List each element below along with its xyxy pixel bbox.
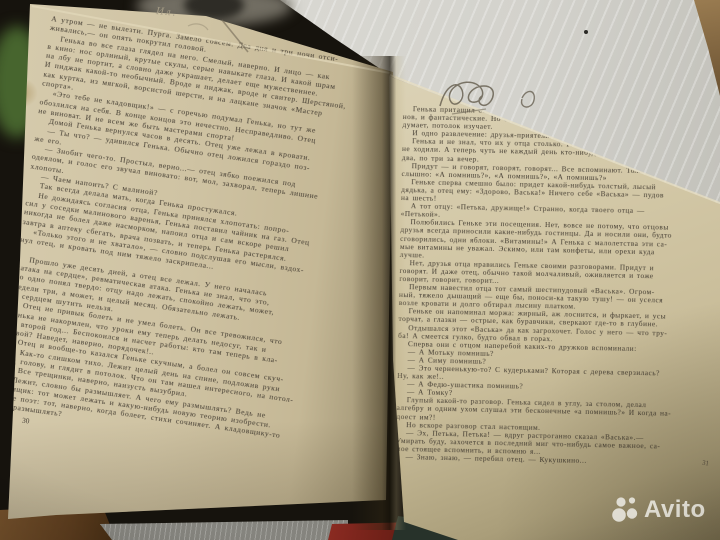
- text-line: Домой Генька вернулся часов в десять. От…: [36, 115, 406, 176]
- text-line: Сперва они с отцом наперебой каких-то др…: [398, 339, 708, 354]
- text-line: Так всегда делала мать, когда Генька про…: [27, 180, 397, 241]
- text-line: Геньке он напоминал моржа: жирный, аж ло…: [399, 306, 709, 321]
- text-line: Ну, как же!..: [397, 371, 707, 386]
- text-line: — Ты что? — удивился Генька. Обычно отец…: [35, 124, 405, 185]
- avito-watermark: Avito: [612, 496, 706, 524]
- text-line: Отец и вообще-то казался Геньке скучным,…: [5, 336, 375, 397]
- pencil-handwriting: Ил.: [156, 5, 178, 19]
- text-line: А тот отцу: «Петька, дружище!» Странно, …: [401, 201, 711, 216]
- text-line: И не поэт: тот, наверно, когда болеет, с…: [0, 391, 367, 452]
- text-line: хлопоты.: [30, 161, 400, 222]
- right-page-number: 31: [701, 458, 709, 467]
- text-line: — Знобит чего-то. Простыл, верно...— оте…: [33, 143, 403, 204]
- text-line: мое стоящее вспомнить, и вспомню я...: [396, 444, 706, 459]
- text-line: [18, 244, 388, 305]
- text-line: торчат, а глазки — острые, как буравчики…: [398, 314, 708, 329]
- text-line: довой? Наведет, наверно, порядочек!..: [7, 327, 377, 388]
- watermark-label: Avito: [644, 496, 706, 524]
- text-line: Полюбились Геньке эти посещения. Нет, во…: [400, 217, 710, 232]
- text-line: — Эх, Петька, Петька! — вдруг растроганн…: [396, 428, 706, 443]
- text-line: говорит, говорит, говорит...: [399, 274, 709, 289]
- text-line: «Петькой».: [401, 209, 711, 224]
- text-line: Первым навестил отца тот самый шестипудо…: [399, 282, 709, 297]
- text-line: — А Мотьку помнишь?: [398, 347, 708, 362]
- left-page-number: 30: [21, 416, 30, 426]
- text-line: «Только этого и не хватало», — словно по…: [21, 226, 391, 287]
- text-line: одеялом, и голос его звучал виновато: во…: [31, 152, 401, 213]
- text-line: — Знаю, знаю, — перебил отец. — Кукушкин…: [396, 452, 706, 467]
- text-line: ке? Все трещинки, наверно, наизусть вызу…: [2, 364, 372, 425]
- text-line: Не дожидаясь согласия отца, Генька приня…: [26, 189, 396, 250]
- text-line: — Чаем напоить? С малиной?: [29, 171, 399, 232]
- text-line: Нет, друзья отца нравились Геньке своими…: [400, 258, 710, 273]
- text-line: мые витамины не уважал. Эскимо, или там …: [400, 242, 710, 257]
- pencil-scribble: [424, 74, 594, 122]
- text-line: атомщик: тот может лежать и какую-нибудь…: [0, 382, 369, 443]
- text-line: Но вскоре разговор стал настоящим.: [396, 420, 706, 435]
- text-line: Отдышался этот «Васька» да как загрохоче…: [398, 322, 708, 337]
- text-line: но одно понял твердо: отцу надо лежать, …: [14, 272, 384, 333]
- text-line: дядька, а отец ему: «Здорово, Васька!» Н…: [401, 185, 711, 200]
- text-line: говорят. И даже отец, обычно такой молча…: [399, 266, 709, 281]
- text-line: что размышлять?: [0, 401, 366, 462]
- text-line: на шесть!: [401, 193, 711, 208]
- text-line: Глупый какой-то разговор. Генька сидел в…: [397, 395, 707, 410]
- text-line: завтра в аптеку сбегать, врача позвать, …: [22, 217, 392, 278]
- text-line: доест им?!: [396, 411, 706, 426]
- text-line: Умирать буду, захочется в последний миг …: [396, 436, 706, 451]
- book-photo: А утром — не вылезти. Пурга. Замело совс…: [0, 0, 720, 540]
- text-line: но. Как-то слишком тихо. Лежит целый ден…: [4, 345, 374, 406]
- speck: [584, 30, 588, 34]
- text-line: друзья всегда приносили какие-нибудь гос…: [400, 225, 710, 240]
- text-line: никогда не болел даже насморком, напоил …: [24, 207, 394, 268]
- left-page: А утром — не вылезти. Пурга. Замело совс…: [0, 0, 400, 540]
- text-line: Генька не накормлен, что уроки ему тепер…: [9, 309, 379, 370]
- book-gutter-shadow: [352, 56, 406, 530]
- text-line: — А Симу помнишь?: [398, 355, 708, 370]
- pencil-scribble-icon: [424, 74, 594, 122]
- text-line: — А Федю-ушастика помнишь?: [397, 379, 707, 394]
- text-line: Отец не привык болеть и не умел болеть. …: [11, 299, 381, 360]
- text-line: алгебру и одним ухом слушал эти бесконеч…: [397, 403, 707, 418]
- text-line: возле кровати и долго обтирал лысину пла…: [399, 298, 709, 313]
- text-line: сил у соседки малинового варенья, Генька…: [25, 198, 395, 259]
- text-line: — А Томку?: [397, 387, 707, 402]
- text-line: на второй год... Беспокоился и насчет ра…: [8, 318, 378, 379]
- text-line: ный, тяжело дышащий — еще бы, поноси-ка …: [399, 290, 709, 305]
- text-line: Лежит, словно бы размышляет. А чего ему …: [0, 373, 370, 434]
- text-line: лучше.: [400, 250, 710, 265]
- text-line: С сердцем шутить нельзя.: [12, 290, 382, 351]
- text-line: сговорились, одни яблоки. «Витамины!» А …: [400, 233, 710, 248]
- text-line: Прошло уже десять дней, а отец все лежал…: [17, 253, 387, 314]
- text-line: недели три, а может, и целый месяц. Обяз…: [13, 281, 383, 342]
- text-line: «атака на сердце», ревматическая атака. …: [16, 263, 386, 324]
- gray-fabric: [96, 518, 352, 540]
- text-line: же его.: [34, 134, 404, 195]
- text-line: под голову, и глядит в потолок. Что он т…: [3, 355, 373, 416]
- text-line: нул отец, и кровать под ним тяжело заскр…: [20, 235, 390, 296]
- avito-logo-icon: [612, 496, 639, 524]
- text-line: ба! А смеется гулко, будто обвал в горах…: [398, 331, 708, 346]
- text-line: — Это черненькую-то? С кудерьками? Котор…: [397, 363, 707, 378]
- pencil-scribble: Ил.: [152, 4, 272, 56]
